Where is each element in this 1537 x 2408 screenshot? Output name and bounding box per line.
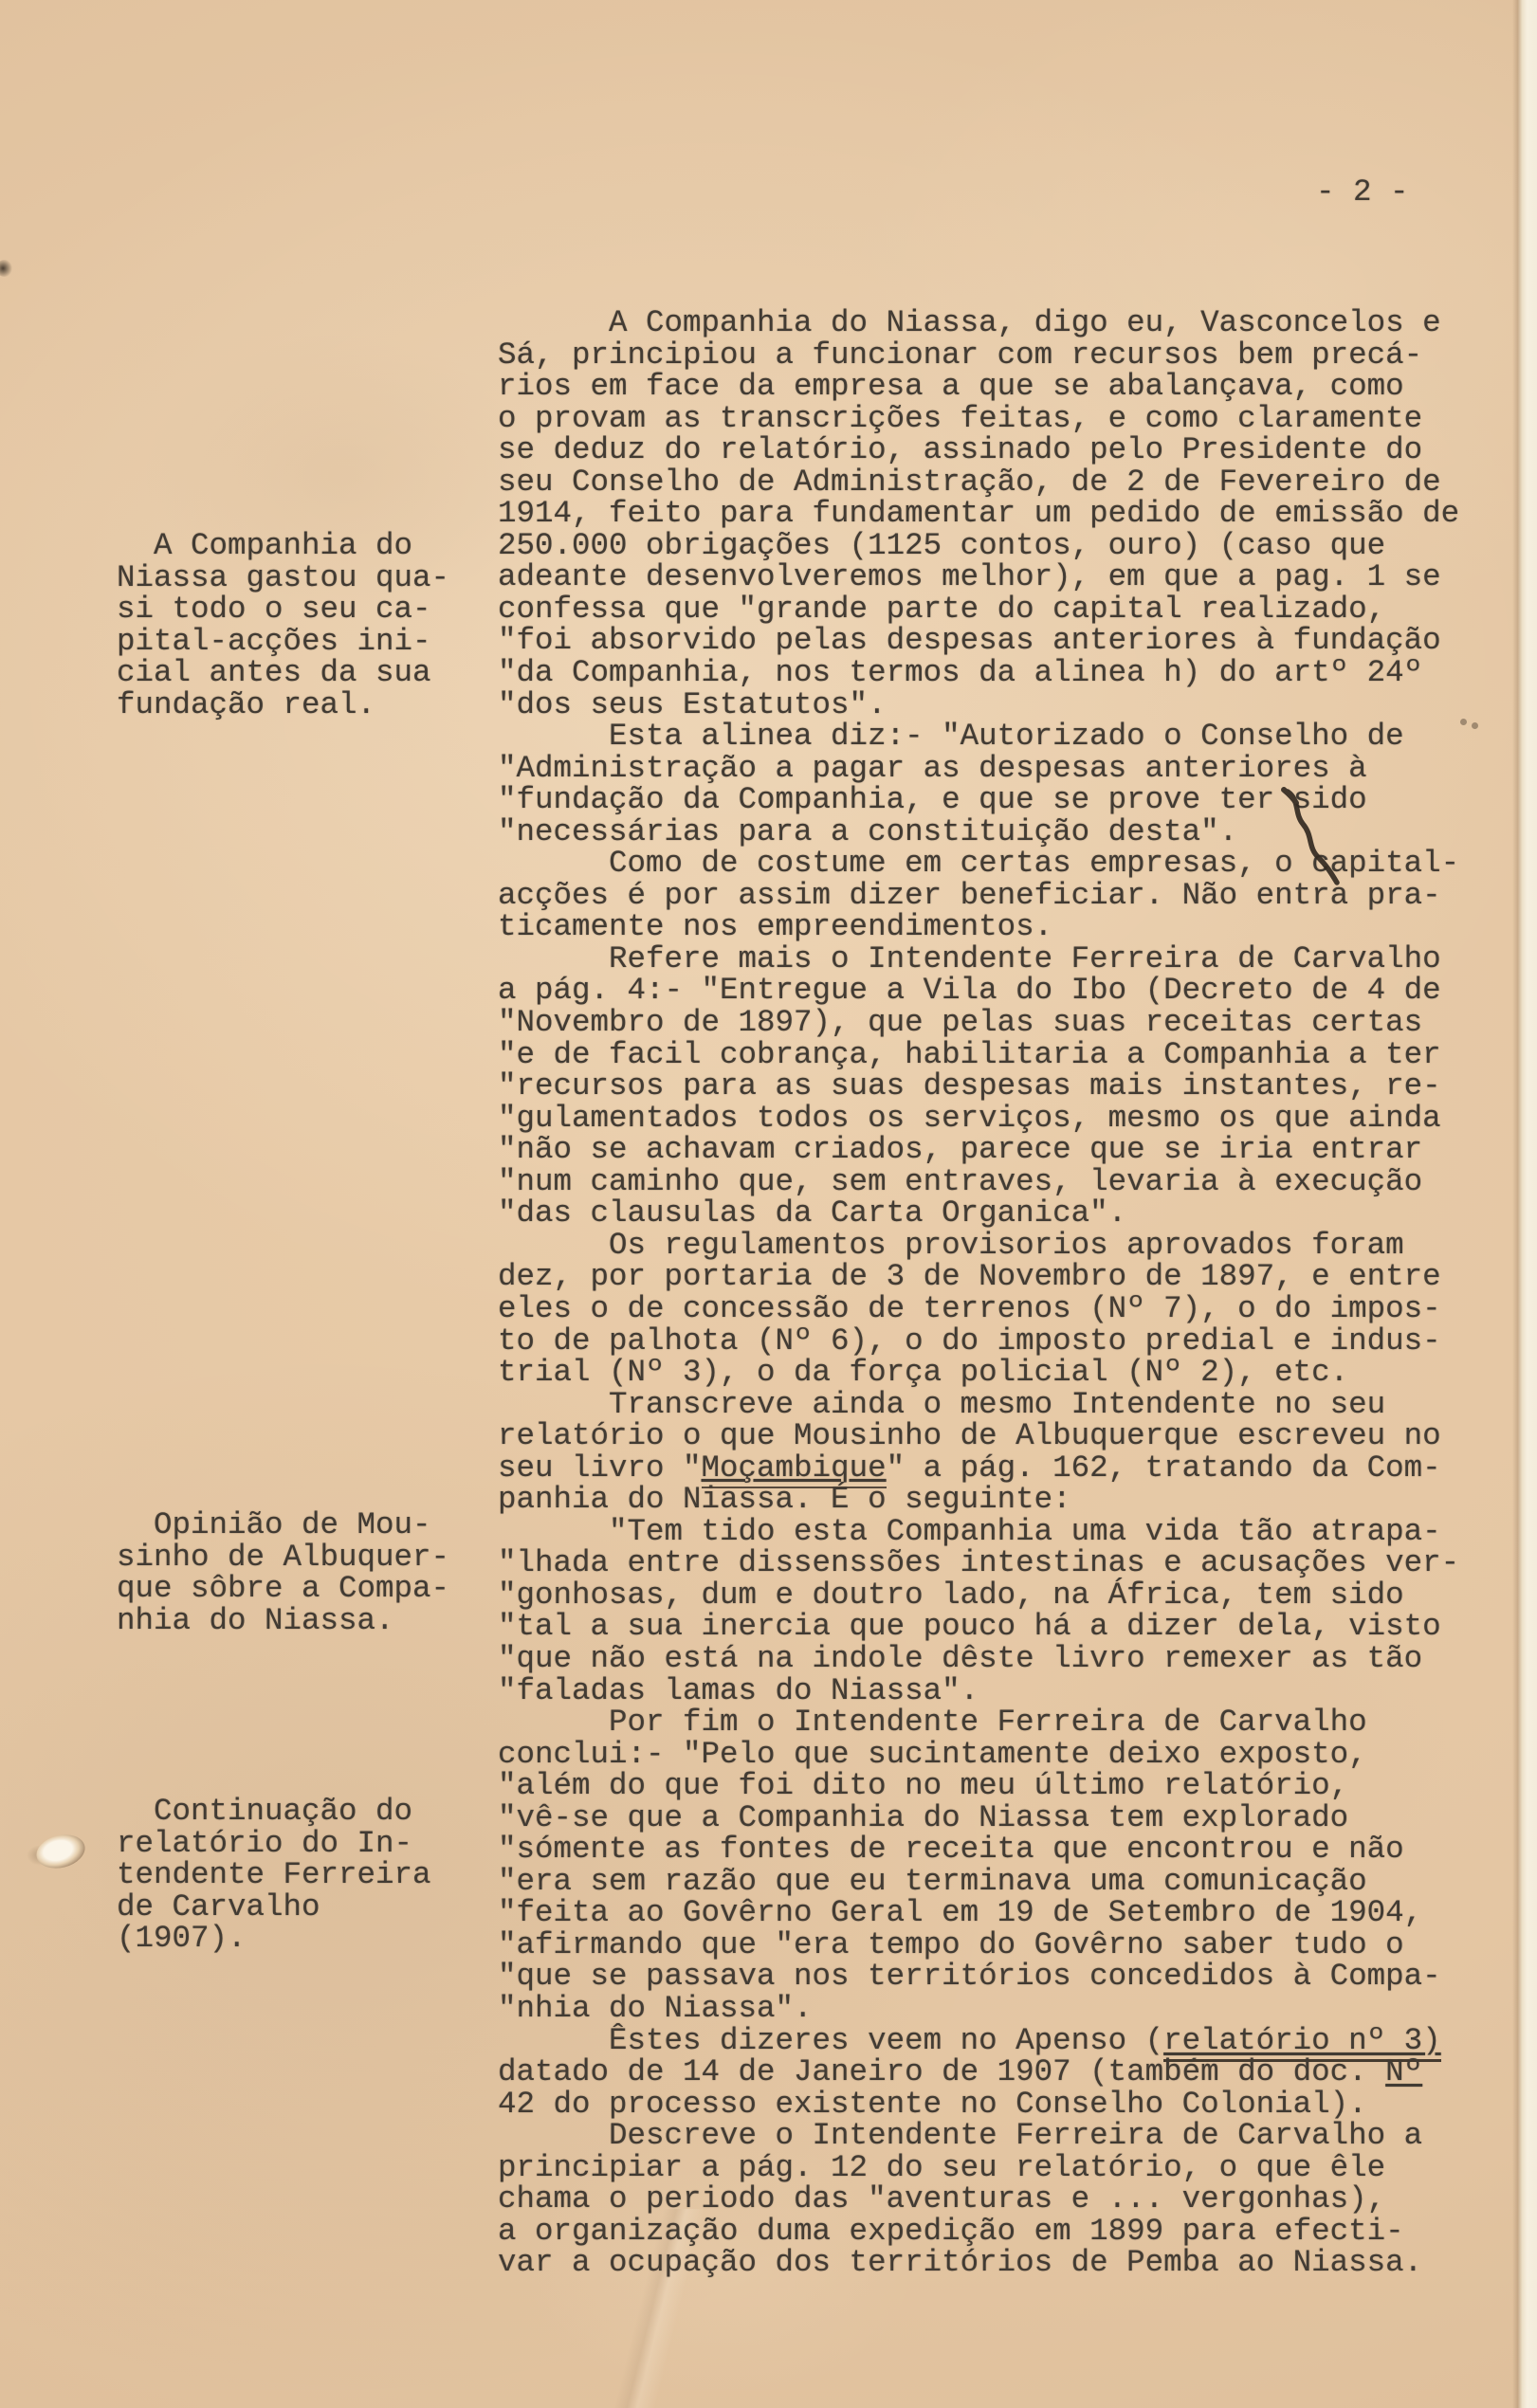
body-line: a pág. 4:- "Entregue a Vila do Ibo (Decr… [498,975,1512,1007]
body-line: conclui:- "Pelo que sucintamente deixo e… [498,1739,1512,1771]
margin-note-line: de Carvalho [117,1891,477,1924]
body-line: Esta alinea diz:- "Autorizado o Conselho… [498,721,1512,753]
margin-note-line: tendente Ferreira [117,1859,477,1891]
body-line: dez, por portaria de 3 de Novembro de 18… [498,1261,1512,1293]
margin-note-mousinho-opinion: Opinião de Mou-sinho de Albuquer-que sôb… [117,1509,477,1636]
margin-note-capital-spent: A Companhia doNiassa gastou qua-si todo … [117,530,477,721]
margin-note-line: sinho de Albuquer- [117,1541,477,1574]
body-line: "num caminho que, sem entraves, levaria … [498,1166,1512,1198]
body-line: confessa que "grande parte do capital re… [498,593,1512,626]
ink-specks [1460,719,1481,732]
body-line: "foi absorvido pelas despesas anteriores… [498,625,1512,657]
body-line: Como de costume em certas empresas, o ca… [498,848,1512,880]
body-line: "além do que foi dito no meu último rela… [498,1770,1512,1802]
scanned-document-page: { "page": { "number": "- 2 -" }, "margin… [0,0,1537,2408]
body-line: "feita ao Govêrno Geral em 19 de Setembr… [498,1897,1512,1929]
body-line: "Tem tido esta Companhia uma vida tão at… [498,1516,1512,1548]
body-line: Transcreve ainda o mesmo Intendente no s… [498,1389,1512,1421]
body-line: "que se passava nos territórios concedid… [498,1961,1512,1993]
body-line: panhia do Niassa. É o seguinte: [498,1484,1512,1516]
text-segment: " a pág. 162, tratando da Com- [887,1450,1441,1486]
body-line: "da Companhia, nos termos da alinea h) d… [498,657,1512,689]
body-line: "das clausulas da Carta Organica". [498,1197,1512,1230]
text-segment: datado de 14 de Janeiro de 1907 (também … [498,2054,1385,2089]
body-line: "tal a sua inercia que pouco há a dizer … [498,1611,1512,1643]
body-line: Êstes dizeres veem no Apenso (relatório … [498,2025,1512,2057]
body-line: trial (Nº 3), o da força policial (Nº 2)… [498,1357,1512,1389]
body-line: a organização duma expedição em 1899 par… [498,2216,1512,2248]
body-line: 250.000 obrigações (1125 contos, ouro) (… [498,530,1512,562]
body-line: eles o de concessão de terrenos (Nº 7), … [498,1293,1512,1325]
body-line: Descreve o Intendente Ferreira de Carval… [498,2120,1512,2152]
body-line: "Novembro de 1897), que pelas suas recei… [498,1007,1512,1039]
body-line: chama o periodo das "aventuras e ... ver… [498,2183,1512,2216]
scan-page-edge [1512,0,1537,2408]
margin-note-line: Niassa gastou qua- [117,562,477,594]
body-line: Refere mais o Intendente Ferreira de Car… [498,943,1512,976]
body-line: "necessárias para a constituição desta". [498,816,1512,848]
margin-note-line: fundação real. [117,689,477,721]
body-line: "gonhosas, dum e doutro lado, na África,… [498,1579,1512,1612]
body-line: principiar a pág. 12 do seu relatório, o… [498,2152,1512,2184]
body-line: "sómente as fontes de receita que encont… [498,1833,1512,1866]
body-line: "recursos para as suas despesas mais ins… [498,1070,1512,1103]
handwritten-ink-correction-mark [1269,785,1356,891]
body-line: to de palhota (Nº 6), o do imposto predi… [498,1325,1512,1358]
body-line: "gulamentados todos os serviços, mesmo o… [498,1103,1512,1135]
body-line: seu Conselho de Administração, de 2 de F… [498,466,1512,499]
margin-note-line: Continuação do [117,1796,477,1828]
body-line: "que não está na indole dêste livro reme… [498,1643,1512,1675]
body-line: rios em face da empresa a que se abalanç… [498,371,1512,403]
text-segment: seu livro " [498,1450,702,1486]
body-line: adeante desenvolveremos melhor), em que … [498,561,1512,593]
body-line: "era sem razão que eu terminava uma comu… [498,1866,1512,1898]
body-line: Por fim o Intendente Ferreira de Carvalh… [498,1706,1512,1739]
body-line: ticamente nos empreendimentos. [498,911,1512,943]
body-line: relatório o que Mousinho de Albuquerque … [498,1420,1512,1452]
body-line: "nhia do Niassa". [498,1993,1512,2025]
body-line: "fundação da Companhia, e que se prove t… [498,784,1512,816]
body-line: o provam as transcrições feitas, e como … [498,403,1512,435]
underlined-text: Nº [1385,2054,1422,2089]
body-line: "lhada entre dissenssões intestinas e ac… [498,1547,1512,1579]
body-line: Sá, principiou a funcionar com recursos … [498,339,1512,372]
body-line: 42 do processo existente no Conselho Col… [498,2089,1512,2121]
body-line: Os regulamentos provisorios aprovados fo… [498,1230,1512,1262]
body-line: "Administração a pagar as despesas anter… [498,753,1512,785]
margin-note-line: relatório do In- [117,1828,477,1860]
margin-note-line: nhia do Niassa. [117,1605,477,1637]
body-line: "vê-se que a Companhia do Niassa tem exp… [498,1802,1512,1834]
margin-note-line: Opinião de Mou- [117,1509,477,1541]
margin-note-line: cial antes da sua [117,657,477,689]
body-line: "dos seus Estatutos". [498,689,1512,721]
body-line: var a ocupação dos territórios de Pemba … [498,2247,1512,2279]
margin-note-report-continuation: Continuação dorelatório do In-tendente F… [117,1796,477,1955]
body-line: "afirmando que "era tempo do Govêrno sab… [498,1929,1512,1961]
body-line: A Companhia do Niassa, digo eu, Vasconce… [498,307,1512,339]
margin-note-line: pital-acções ini- [117,626,477,658]
body-line: "não se achavam criados, parece que se i… [498,1134,1512,1166]
body-line: 1914, feito para fundamentar um pedido d… [498,498,1512,530]
body-line: "e de facil cobrança, habilitaria a Comp… [498,1039,1512,1071]
body-line: "faladas lamas do Niassa". [498,1675,1512,1707]
body-line: datado de 14 de Janeiro de 1907 (também … [498,2056,1512,2089]
page-number: - 2 - [1316,176,1409,209]
body-line: acções é por assim dizer beneficiar. Não… [498,880,1512,912]
body-text: A Companhia do Niassa, digo eu, Vasconce… [498,307,1512,2279]
margin-note-line: que sôbre a Compa- [117,1573,477,1605]
body-line: se deduz do relatório, assinado pelo Pre… [498,434,1512,466]
margin-note-line: A Companhia do [117,530,477,562]
margin-note-line: (1907). [117,1923,477,1955]
body-line: seu livro "Moçambique" a pág. 162, trata… [498,1452,1512,1485]
margin-note-line: si todo o seu ca- [117,593,477,626]
text-segment: Êstes dizeres veem no Apenso ( [498,2023,1163,2058]
